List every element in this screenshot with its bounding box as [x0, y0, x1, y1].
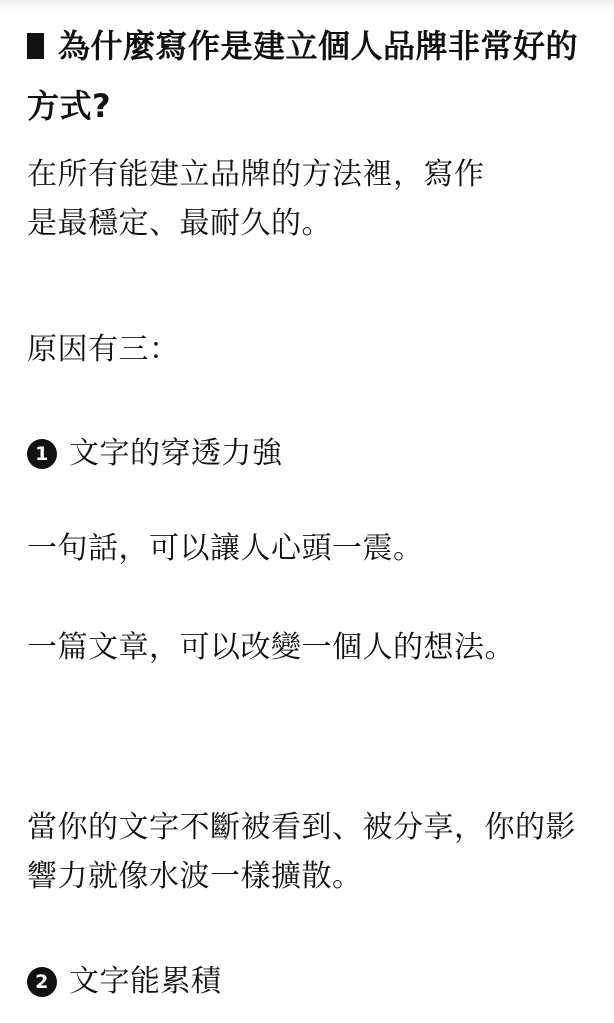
section-1-heading-text: 文字的穿透力強	[69, 434, 283, 474]
top-shadow	[0, 0, 614, 14]
number-1-icon: 1	[27, 439, 57, 469]
section-1-paragraph-2: 一篇文章，可以改變一個人的想法。	[27, 623, 557, 672]
article-title-text: 為什麼寫作是建立個人品牌非常好的方式?	[27, 27, 578, 125]
title-bar-icon	[27, 33, 44, 59]
section-2-heading-text: 文字能累積	[69, 962, 222, 1002]
section-1-paragraph-1: 一句話，可以讓人心頭一震。	[27, 524, 597, 573]
reasons-intro: 原因有三：	[27, 325, 597, 374]
section-1-heading: 1 文字的穿透力強	[27, 434, 283, 474]
section-1-paragraph-3: 當你的文字不斷被看到、被分享，你的影響力就像水波一樣擴散。	[27, 803, 587, 901]
section-2-heading: 2 文字能累積	[27, 962, 222, 1002]
article-title: 為什麼寫作是建立個人品牌非常好的方式?	[27, 16, 597, 136]
intro-line-2: 是最穩定、最耐久的。	[27, 206, 332, 241]
intro-line-1: 在所有能建立品牌的方法裡，寫作	[27, 157, 485, 192]
intro-paragraph: 在所有能建立品牌的方法裡，寫作 是最穩定、最耐久的。	[27, 150, 597, 248]
number-2-icon: 2	[27, 967, 57, 997]
